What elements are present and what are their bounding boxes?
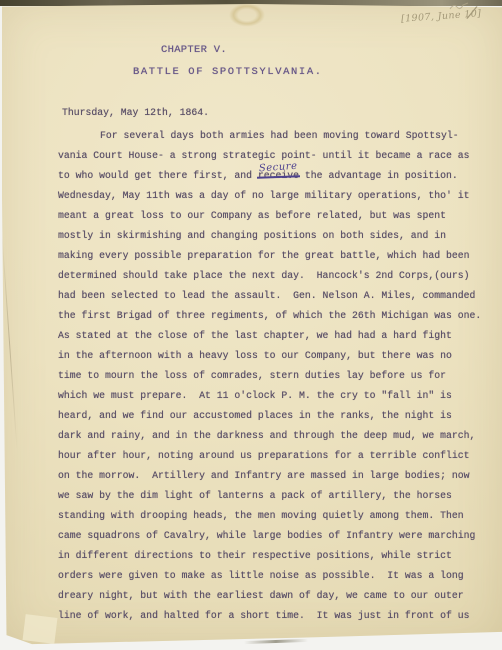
body-line: standing with drooping heads, the men mo… [58,506,492,526]
body-line: line of work, and halted for a short tim… [58,606,492,626]
stain-mark [224,0,270,30]
underlying-page-corner [23,614,58,644]
body-line: As stated at the close of the last chapt… [58,326,492,346]
body-line: came squadrons of Cavalry, while large b… [58,526,492,546]
page-title: BATTLE OF SPOTTSYLVANIA. [133,66,323,78]
struck-word: receiveSecure [258,170,299,181]
handwritten-correction: Secure [258,157,298,180]
dateline: Thursday, May 12th, 1864. [62,107,209,118]
body-line: heard, and we find our accustomed places… [58,406,492,426]
body-line: dreary night, but with the earliest dawn… [58,586,492,606]
body-line: For several days both armies had been mo… [58,126,492,146]
body-text: For several days both armies had been mo… [58,126,492,626]
body-line: mostly in skirmishing and changing posit… [58,226,492,246]
body-line: hour after hour, noting around us prepar… [58,446,492,466]
body-line: to who would get there first, and receiv… [58,166,492,186]
bottom-edge-smudge [244,639,308,644]
body-line: dark and rainy, and in the darkness and … [58,426,492,446]
body-line: the first Brigad of three regiments, of … [58,306,492,326]
body-line: Wednesday, May 11th was a day of no larg… [58,186,492,206]
body-line: on the morrow. Artillery and Infantry ar… [58,466,492,486]
body-line: making every possible preparation for th… [58,246,492,266]
body-line: in the afternoon with a heavy loss to ou… [58,346,492,366]
body-line: determined should take place the next da… [58,266,492,286]
body-line: orders were given to make as little nois… [58,566,492,586]
body-line: which we must prepare. At 11 o'clock P. … [58,386,492,406]
body-line: time to mourn the loss of comrades, ster… [58,366,492,386]
body-line: we saw by the dim light of lanterns a pa… [58,486,492,506]
body-line: meant a great loss to our Company as bef… [58,206,492,226]
chapter-heading: CHAPTER V. [161,44,227,56]
body-line: in different directions to their respect… [58,546,492,566]
scanned-page: [1907, June 10] / CHAPTER V. BATTLE OF S… [0,0,502,650]
body-line: had been selected to lead the assault. G… [58,286,492,306]
